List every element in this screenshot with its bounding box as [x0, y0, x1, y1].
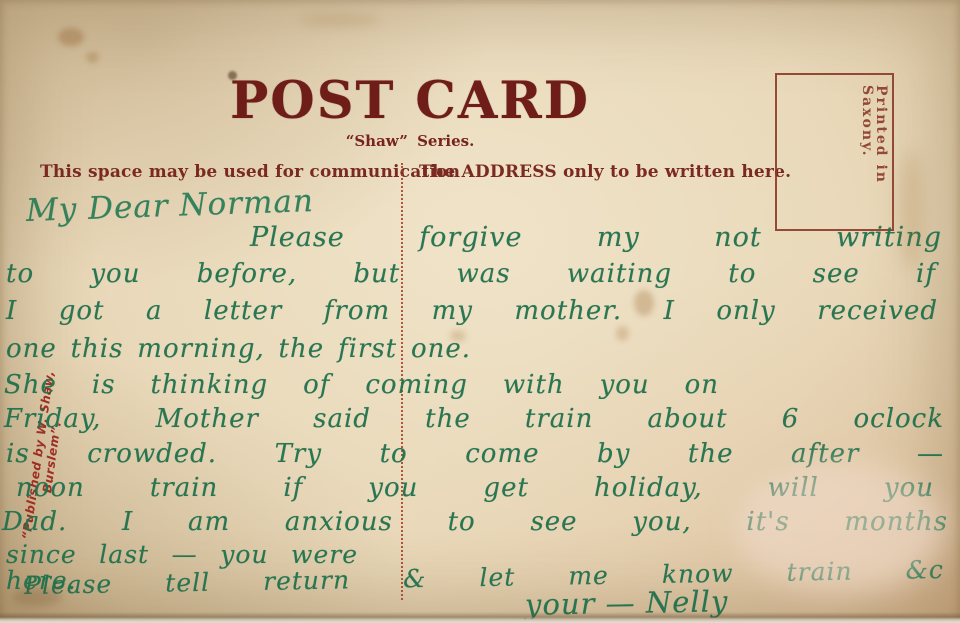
paper-stain [58, 28, 84, 46]
paper-stain [300, 14, 380, 26]
postcard-paper: POST CARD “Shaw” Series. This space may … [0, 0, 960, 623]
card-bottom-edge [0, 612, 960, 623]
handwriting-line: noon train if you get holiday, will you [16, 475, 934, 502]
handwriting-line: one this morning, the first one. [6, 336, 471, 363]
postcard-scan: POST CARD “Shaw” Series. This space may … [0, 0, 960, 623]
printed-in-saxony-label: Printed in Saxony. [860, 85, 888, 229]
handwriting-line: is crowded. Try to come by the after — [6, 441, 944, 468]
handwriting-line: Friday, Mother said the train about 6 oc… [4, 406, 944, 433]
paper-stain [86, 52, 99, 63]
communication-instruction: This space may be used for communication [40, 164, 460, 181]
handwriting-line: Dad. I am anxious to see you, it's month… [2, 509, 948, 536]
postcard-title: POST CARD [0, 76, 820, 127]
paper-stain [616, 326, 629, 341]
address-instruction: The ADDRESS only to be written here. [419, 164, 791, 181]
handwriting-line: to you before, but was waiting to see if [6, 261, 936, 288]
handwriting-line: I got a letter from my mother. I only re… [6, 298, 938, 325]
handwriting-line: She is thinking of coming with you on [4, 372, 719, 399]
stamp-box: Printed in Saxony. [775, 73, 894, 231]
handwriting-line: Please forgive my not writing [250, 224, 942, 252]
series-label: “Shaw” Series. [0, 134, 820, 149]
